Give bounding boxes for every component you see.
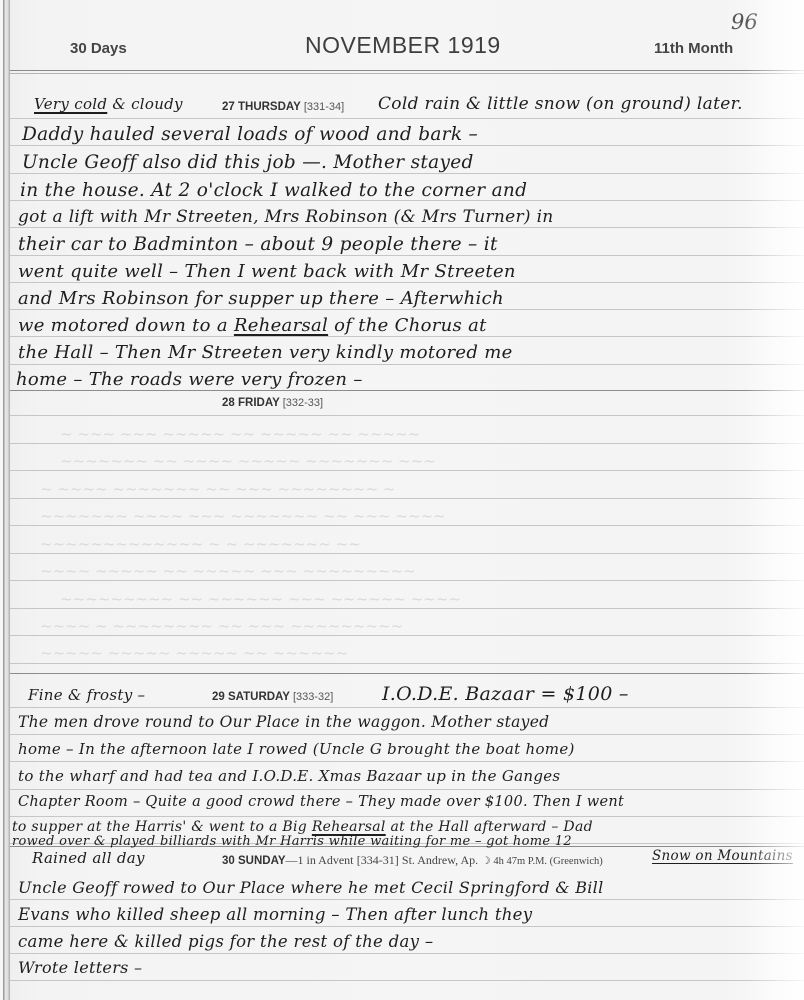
day-heading-text: 29 SATURDAY bbox=[212, 691, 290, 703]
entry-line: to the wharf and had tea and I.O.D.E. Xm… bbox=[18, 767, 560, 785]
entry-line: home – The roads were very frozen – bbox=[16, 369, 363, 390]
right-note: Snow on Mountains bbox=[652, 848, 793, 864]
entry-line: Chapter Room – Quite a good crowd there … bbox=[18, 794, 624, 810]
entry-headline: I.O.D.E. Bazaar = $100 – bbox=[382, 683, 629, 705]
day-numbers: [331-34] bbox=[304, 101, 344, 113]
day-heading: 27 THURSDAY [331-34] bbox=[222, 101, 344, 113]
entry-line: home – In the afternoon late I rowed (Un… bbox=[18, 740, 575, 758]
day-numbers: [332-33] bbox=[283, 397, 323, 409]
entry-line: The men drove round to Our Place in the … bbox=[18, 713, 549, 731]
diary-page: 30 Days NOVEMBER 1919 11th Month 96 Very… bbox=[0, 0, 804, 1000]
weather-note: Rained all day bbox=[32, 849, 145, 867]
day-heading-text: 30 SUNDAY bbox=[222, 855, 286, 867]
entry-line: Daddy hauled several loads of wood and b… bbox=[22, 124, 478, 145]
day-heading: 29 SATURDAY [333-32] bbox=[212, 691, 333, 703]
entry-line: we motored down to a Rehearsal of the Ch… bbox=[18, 315, 487, 336]
entry-line: Uncle Geoff also did this job —. Mother … bbox=[22, 152, 474, 173]
entry-line: got a lift with Mr Streeten, Mrs Robinso… bbox=[18, 207, 554, 227]
day-heading: 30 SUNDAY—1 in Advent [334-31] St. Andre… bbox=[222, 853, 603, 868]
weather-underlined: Very cold bbox=[34, 95, 107, 113]
entry-line: rowed over & played billiards with Mr Ha… bbox=[12, 834, 572, 849]
moon-phase: ☽ 4h 47m P.M. (Greenwich) bbox=[481, 856, 602, 867]
entry-line: to supper at the Harris' & went to a Big… bbox=[12, 819, 593, 835]
entry-line: in the house. At 2 o'clock I walked to t… bbox=[20, 180, 527, 201]
entry-line: their car to Badminton – about 9 people … bbox=[18, 234, 498, 255]
entry-line: the Hall – Then Mr Streeten very kindly … bbox=[18, 342, 513, 363]
binding-edge bbox=[0, 0, 10, 1000]
entry-line: Wrote letters – bbox=[18, 958, 142, 977]
entry-line: Evans who killed sheep all morning – The… bbox=[18, 905, 532, 924]
entry-line: and Mrs Robinson for supper up there – A… bbox=[18, 288, 504, 309]
day-numbers: [333-32] bbox=[293, 691, 333, 703]
entry-line: went quite well – Then I went back with … bbox=[18, 261, 516, 282]
underlined-word: Rehearsal bbox=[312, 819, 386, 835]
entry-line: Uncle Geoff rowed to Our Place where he … bbox=[18, 878, 604, 897]
saint-day: St. Andrew, Ap. bbox=[402, 853, 478, 867]
day-heading-text: 28 FRIDAY bbox=[222, 397, 280, 409]
weather-note: Very cold & cloudy bbox=[34, 95, 183, 113]
underlined-word: Rehearsal bbox=[234, 315, 328, 336]
day-heading-text: 27 THURSDAY bbox=[222, 101, 301, 113]
entry-line: Cold rain & little snow (on ground) late… bbox=[378, 94, 743, 114]
entry-line: came here & killed pigs for the rest of … bbox=[18, 932, 433, 951]
day-liturgical-note: —1 in Advent bbox=[286, 853, 354, 867]
day-numbers: [334-31] bbox=[357, 853, 399, 867]
day-heading: 28 FRIDAY [332-33] bbox=[222, 397, 323, 409]
weather-rest: & cloudy bbox=[107, 95, 183, 113]
weather-note: Fine & frosty – bbox=[28, 686, 145, 704]
